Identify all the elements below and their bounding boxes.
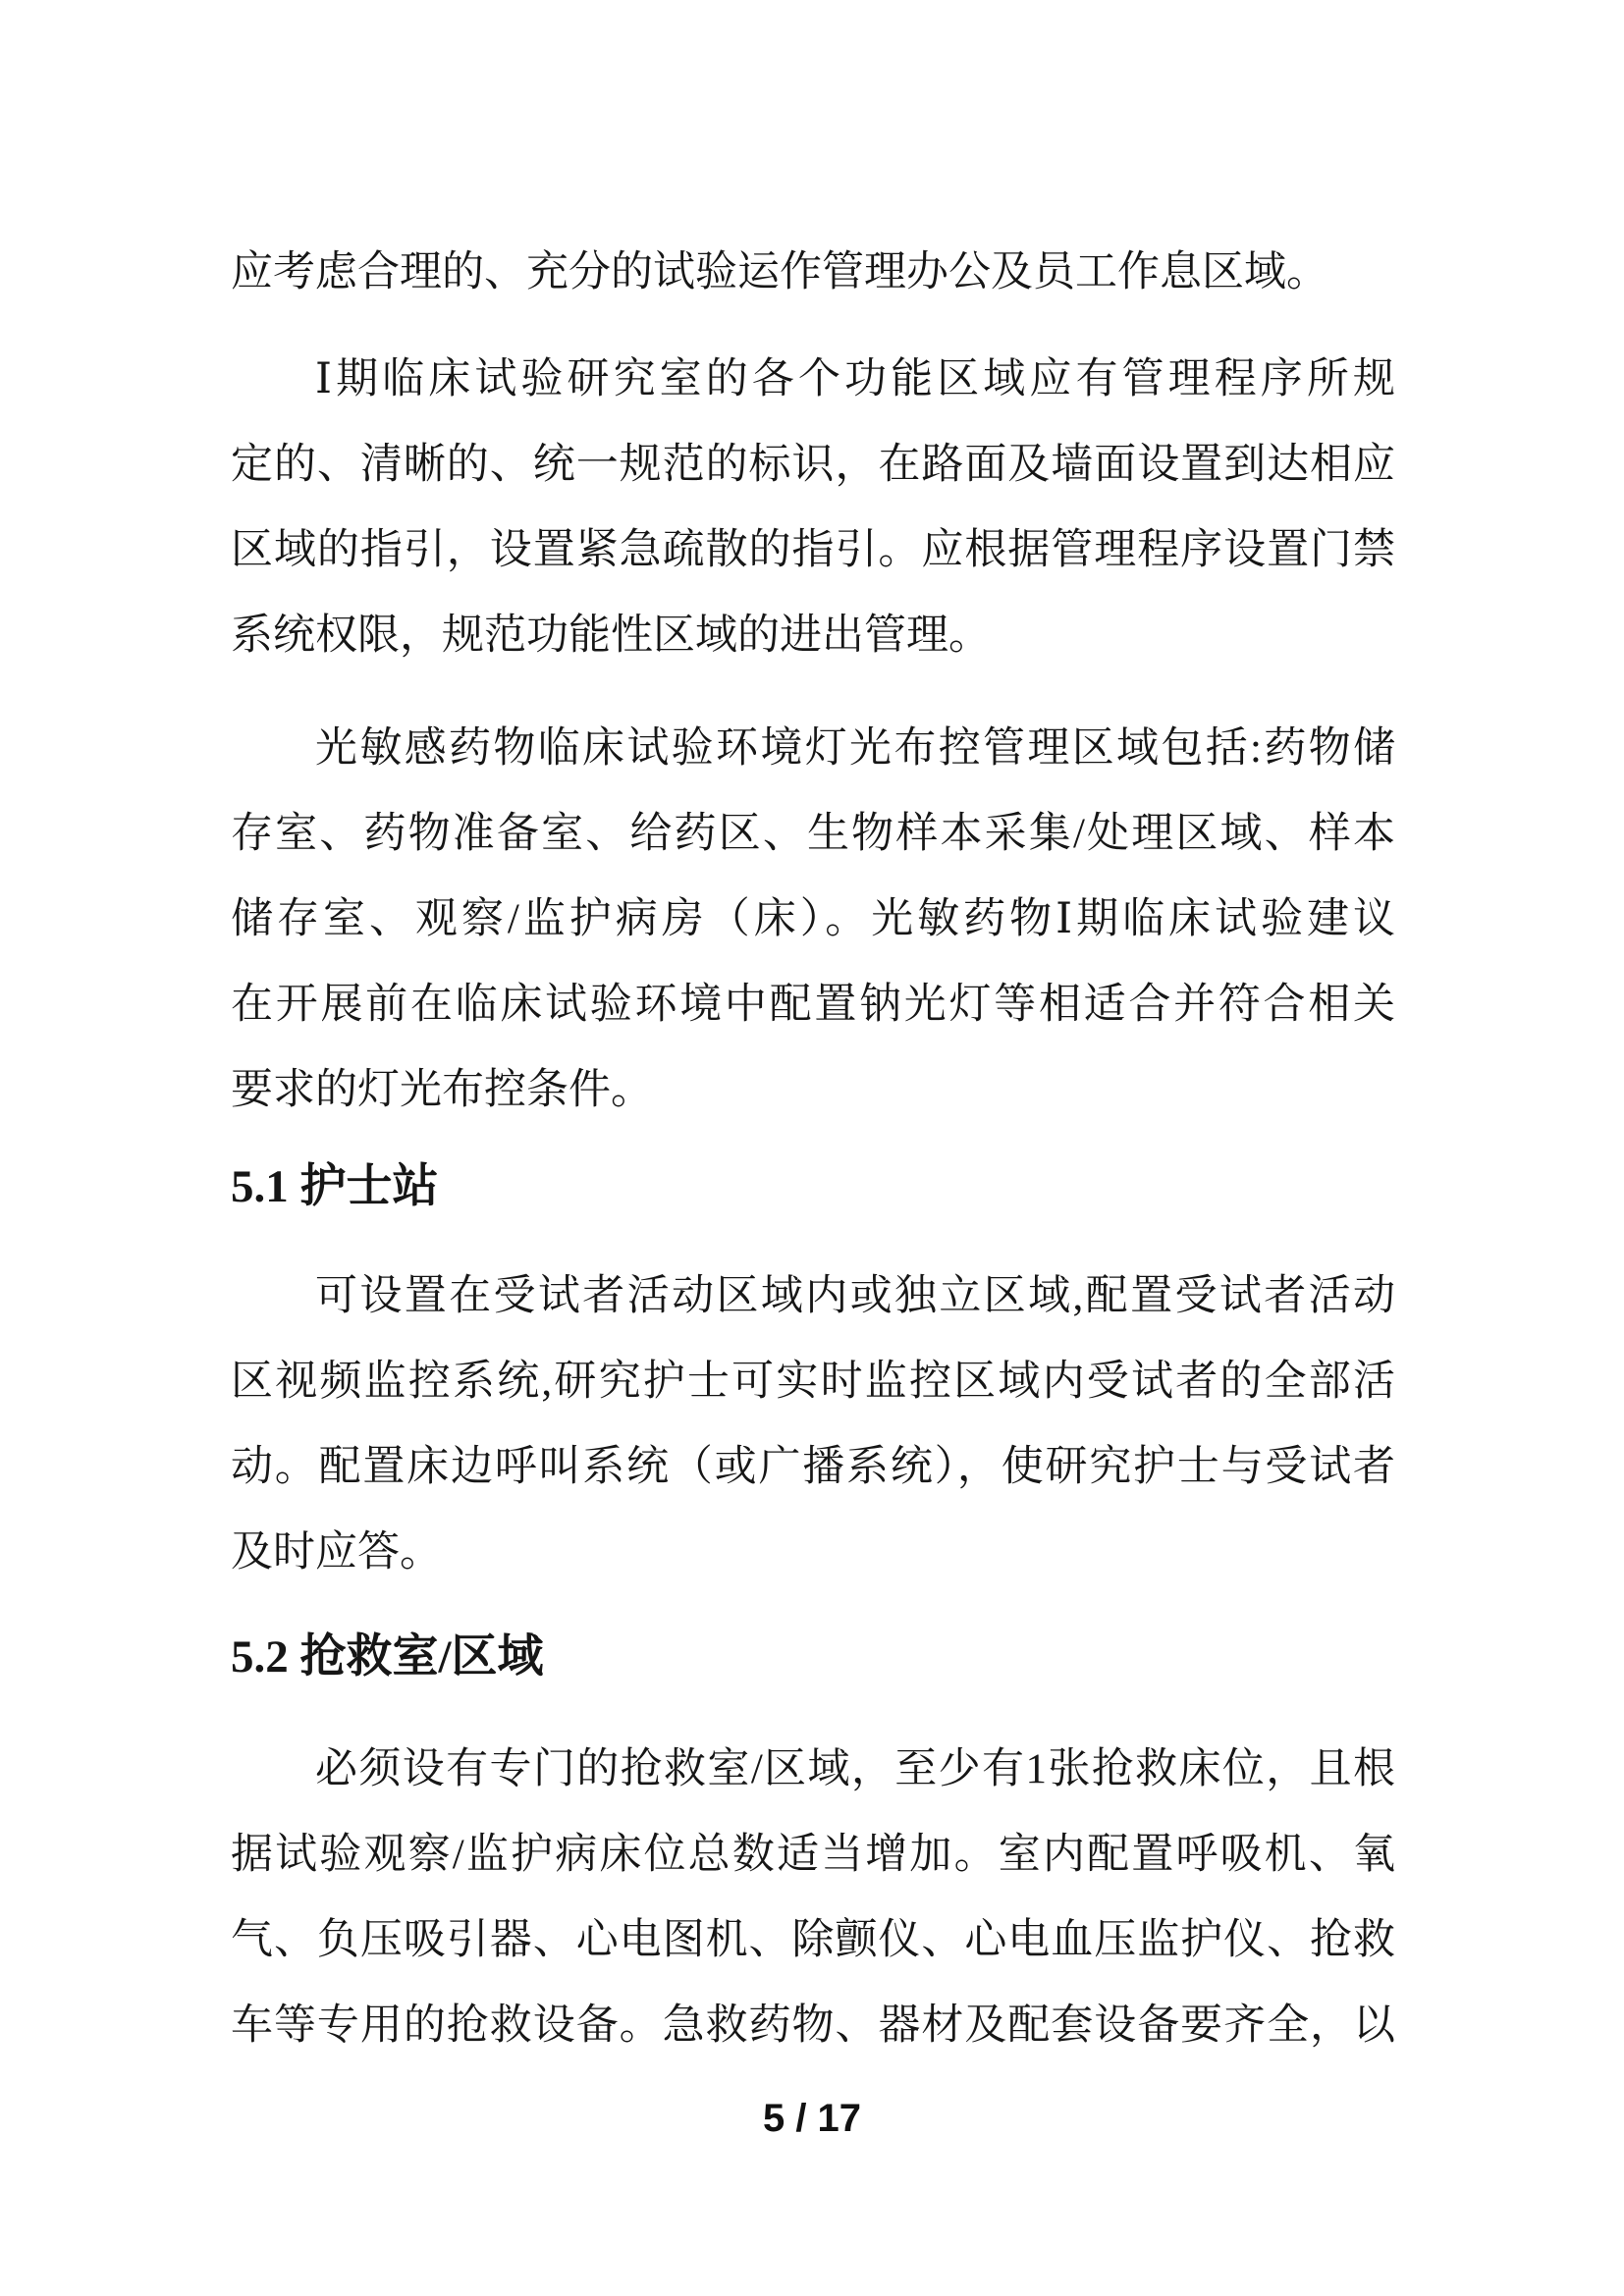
paragraph: 应考虑合理的、充分的试验运作管理办公及员工作息区域。 [231, 230, 1395, 315]
text-line: 储存室、观察/监护病房（床）。光敏药物Ⅰ期临床试验建议 [231, 877, 1395, 962]
section-heading-5-2: 5.2 抢救室/区域 [231, 1615, 1395, 1700]
text-line: 系统权限，规范功能性区域的进出管理。 [231, 593, 1395, 678]
text-line: 存室、药物准备室、给药区、生物样本采集/处理区域、样本 [231, 791, 1395, 877]
text-line: 据试验观察/监护病床位总数适当增加。室内配置呼吸机、氧 [231, 1812, 1395, 1897]
text-line: 及时应答。 [231, 1510, 1395, 1595]
text-line: 区视频监控系统,研究护士可实时监控区域内受试者的全部活 [231, 1339, 1395, 1424]
text-line: 要求的灯光布控条件。 [231, 1047, 1395, 1133]
section-heading-5-1: 5.1 护士站 [231, 1145, 1395, 1230]
text-line: 在开展前在临床试验环境中配置钠光灯等相适合并符合相关 [231, 962, 1395, 1047]
text-line: 定的、清晰的、统一规范的标识，在路面及墙面设置到达相应 [231, 422, 1395, 507]
text-line: 车等专用的抢救设备。急救药物、器材及配套设备要齐全，以 [231, 1983, 1395, 2068]
document-page: 应考虑合理的、充分的试验运作管理办公及员工作息区域。 Ⅰ期临床试验研究室的各个功… [0, 0, 1624, 2296]
text-line: 动。配置床边呼叫系统（或广播系统），使研究护士与受试者 [231, 1424, 1395, 1510]
text-line: 气、负压吸引器、心电图机、除颤仪、心电血压监护仪、抢救 [231, 1897, 1395, 1983]
paragraph: Ⅰ期临床试验研究室的各个功能区域应有管理程序所规 定的、清晰的、统一规范的标识，… [231, 337, 1395, 678]
paragraph: 可设置在受试者活动区域内或独立区域,配置受试者活动 区视频监控系统,研究护士可实… [231, 1254, 1395, 1595]
text-line: 光敏感药物临床试验环境灯光布控管理区域包括:药物储 [231, 706, 1395, 791]
text-line: Ⅰ期临床试验研究室的各个功能区域应有管理程序所规 [231, 337, 1395, 422]
text-line: 可设置在受试者活动区域内或独立区域,配置受试者活动 [231, 1254, 1395, 1339]
text-line: 应考虑合理的、充分的试验运作管理办公及员工作息区域。 [231, 230, 1395, 315]
text-line: 必须设有专门的抢救室/区域，至少有1张抢救床位，且根 [231, 1727, 1395, 1812]
paragraph: 必须设有专门的抢救室/区域，至少有1张抢救床位，且根 据试验观察/监护病床位总数… [231, 1727, 1395, 2068]
document-body: 应考虑合理的、充分的试验运作管理办公及员工作息区域。 Ⅰ期临床试验研究室的各个功… [231, 230, 1395, 2068]
page-number: 5 / 17 [0, 2087, 1624, 2150]
paragraph: 光敏感药物临床试验环境灯光布控管理区域包括:药物储 存室、药物准备室、给药区、生… [231, 706, 1395, 1133]
text-line: 区域的指引，设置紧急疏散的指引。应根据管理程序设置门禁 [231, 507, 1395, 593]
